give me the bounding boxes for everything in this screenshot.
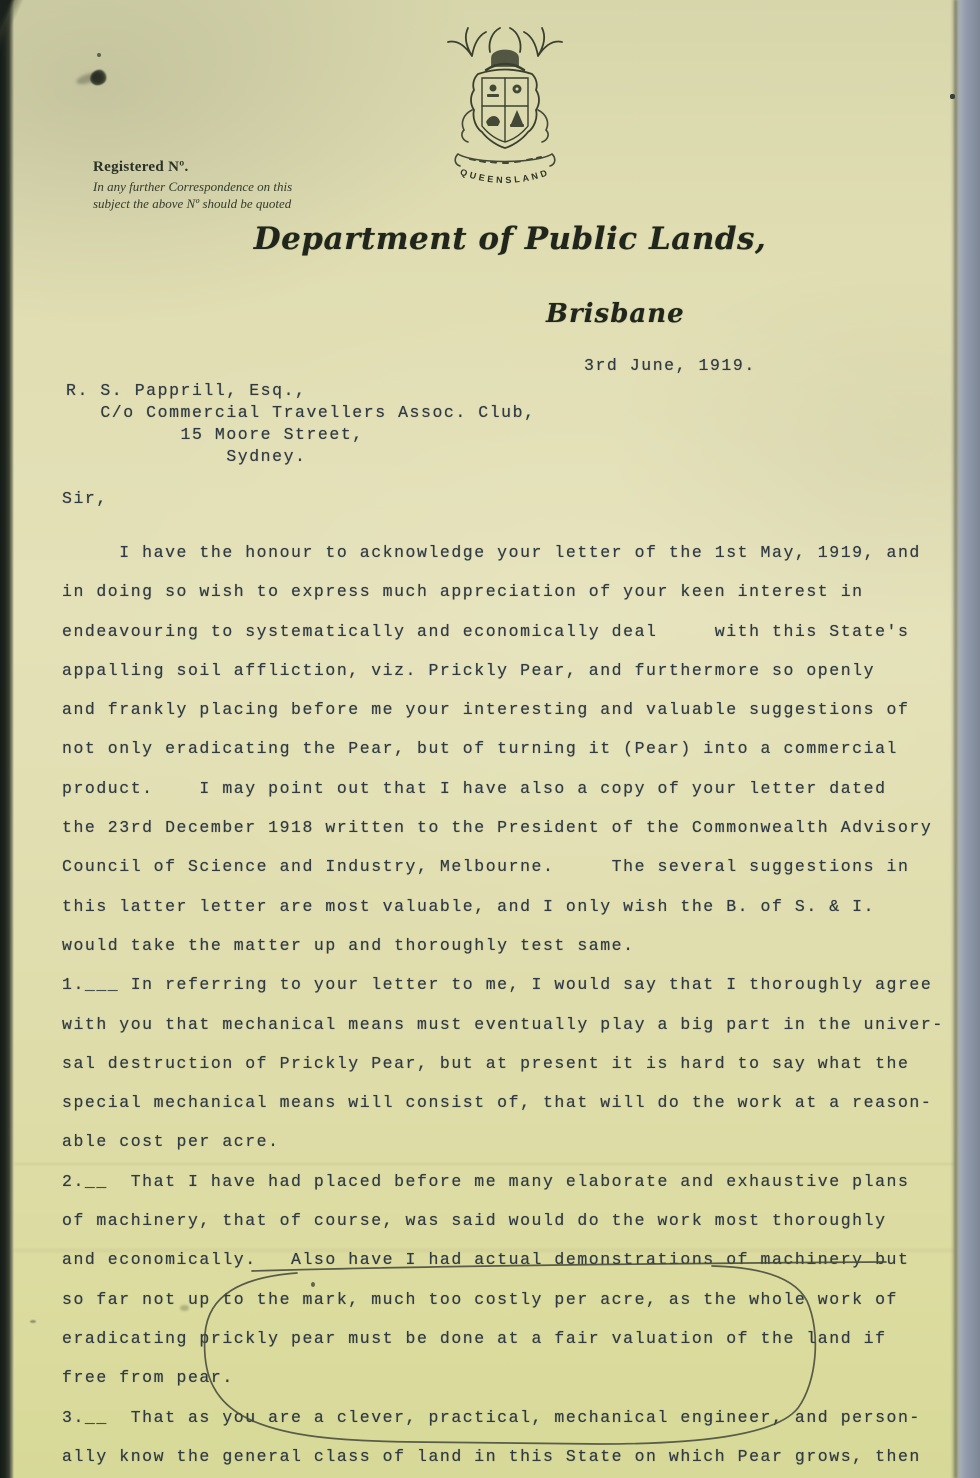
paper-corner-shadow xyxy=(0,0,26,70)
scanned-letter-page: Registered Nº. In any further Correspond… xyxy=(0,0,980,1478)
address-line: 15 Moore Street, xyxy=(66,424,536,446)
registered-note: In any further Correspondence on this su… xyxy=(93,179,292,212)
typed-line: 1.___ In referring to your letter to me,… xyxy=(62,965,944,1004)
letter-body: I have the honour to acknowledge your le… xyxy=(62,533,944,1476)
typed-line: able cost per acre. xyxy=(62,1122,944,1161)
svg-text:QUEENSLAND: QUEENSLAND xyxy=(459,167,551,185)
typed-line: I have the honour to acknowledge your le… xyxy=(62,533,944,572)
address-line: C/o Commercial Travellers Assoc. Club, xyxy=(66,402,536,424)
typed-line: this latter letter are most valuable, an… xyxy=(62,887,944,926)
typed-line: of machinery, that of course, was said w… xyxy=(62,1201,944,1240)
paper-speck xyxy=(30,1320,36,1323)
scan-backdrop-left xyxy=(0,0,14,1478)
typed-line: and economically. Also have I had actual… xyxy=(62,1240,944,1279)
queensland-arc-label: QUEENSLAND xyxy=(459,167,551,185)
typed-line: product. I may point out that I have als… xyxy=(62,769,944,808)
address-line: Sydney. xyxy=(66,446,536,468)
typed-line: eradicating prickly pear must be done at… xyxy=(62,1319,944,1358)
typed-line: so far not up to the mark, much too cost… xyxy=(62,1280,944,1319)
date-line: 3rd June, 1919. xyxy=(584,356,756,375)
typed-line: sal destruction of Prickly Pear, but at … xyxy=(62,1044,944,1083)
typed-line: endeavouring to systematically and econo… xyxy=(62,612,944,651)
registered-no-label: Registered Nº. xyxy=(93,159,292,176)
typed-line: in doing so wish to express much appreci… xyxy=(62,572,944,611)
typed-line: not only eradicating the Pear, but of tu… xyxy=(62,729,944,768)
ink-blot xyxy=(88,68,108,87)
department-title: Department of Public Lands, xyxy=(20,221,980,257)
city-title: Brisbane xyxy=(546,299,685,329)
paper-speck xyxy=(950,94,955,99)
address-line: R. S. Papprill, Esq., xyxy=(66,380,536,402)
typed-line: 3.__ That as you are a clever, practical… xyxy=(62,1398,944,1437)
typed-line: would take the matter up and thoroughly … xyxy=(62,926,944,965)
typed-line: and frankly placing before me your inter… xyxy=(62,690,944,729)
typed-line: Council of Science and Industry, Melbour… xyxy=(62,847,944,886)
typed-line: with you that mechanical means must even… xyxy=(62,1005,944,1044)
registered-number-block: Registered Nº. In any further Correspond… xyxy=(93,159,292,212)
typed-line: ally know the general class of land in t… xyxy=(62,1437,944,1476)
recipient-address: R. S. Papprill, Esq., C/o Commercial Tra… xyxy=(66,380,536,468)
typed-line: appalling soil affliction, viz. Prickly … xyxy=(62,651,944,690)
typed-line: the 23rd December 1918 written to the Pr… xyxy=(62,808,944,847)
typed-line: 2.__ That I have had placed before me ma… xyxy=(62,1162,944,1201)
paper-speck xyxy=(97,53,101,57)
salutation: Sir, xyxy=(62,489,108,508)
typed-line: special mechanical means will consist of… xyxy=(62,1083,944,1122)
queensland-crest-icon: QUEENSLAND xyxy=(420,18,590,194)
typed-line: free from pear. xyxy=(62,1358,944,1397)
